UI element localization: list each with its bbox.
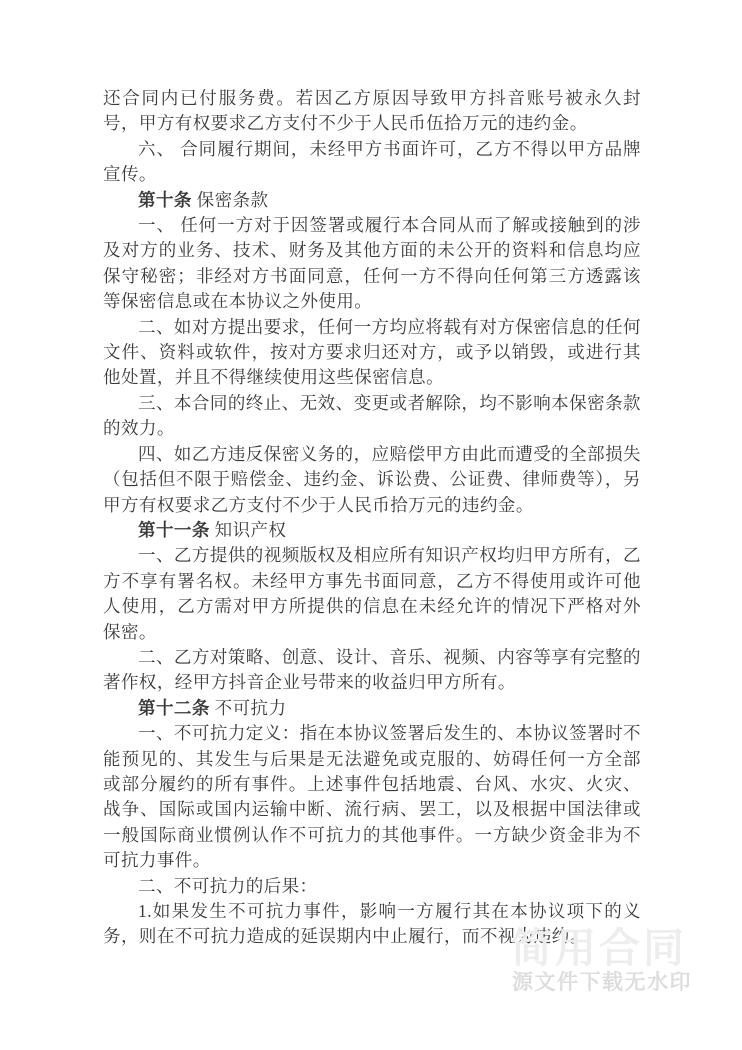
clause-number: 第十一条 xyxy=(138,520,210,540)
clause-heading: 第十二条 不可抗力 xyxy=(103,696,641,721)
paragraph: 二、乙方对策略、创意、设计、音乐、视频、内容等享有完整的著作权，经甲方抖音企业号… xyxy=(103,645,641,696)
paragraph: 四、如乙方违反保密义务的，应赔偿甲方由此而遭受的全部损失（包括但不限于赔偿金、违… xyxy=(103,442,641,518)
contract-page: 还合同内已付服务费。若因乙方原因导致甲方抖音账号被永久封号，甲方有权要求乙方支付… xyxy=(0,0,742,1050)
clause-heading: 第十条 保密条款 xyxy=(103,188,641,213)
clause-heading: 第十一条 知识产权 xyxy=(103,518,641,543)
clause-title: 知识产权 xyxy=(210,520,287,540)
clause-title: 保密条款 xyxy=(192,190,269,210)
paragraph: 一、 任何一方对于因签署或履行本合同从而了解或接触到的涉及对方的业务、技术、财务… xyxy=(103,213,641,315)
paragraph: 一、乙方提供的视频版权及相应所有知识产权均归甲方所有，乙方不享有署名权。未经甲方… xyxy=(103,543,641,645)
clause-title: 不可抗力 xyxy=(210,698,287,718)
paragraph: 二、如对方提出要求，任何一方均应将载有对方保密信息的任何文件、资料或软件，按对方… xyxy=(103,315,641,391)
watermark-tagline: 源文件下载无水印 xyxy=(512,966,692,996)
paragraph: 三、本合同的终止、无效、变更或者解除，均不影响本保密条款的效力。 xyxy=(103,391,641,442)
document-body: 还合同内已付服务费。若因乙方原因导致甲方抖音账号被永久封号，甲方有权要求乙方支付… xyxy=(103,86,641,950)
paragraph: 还合同内已付服务费。若因乙方原因导致甲方抖音账号被永久封号，甲方有权要求乙方支付… xyxy=(103,86,641,137)
paragraph: 一、不可抗力定义：指在本协议签署后发生的、本协议签署时不能预见的、其发生与后果是… xyxy=(103,721,641,873)
paragraph: 二、不可抗力的后果： xyxy=(103,874,641,899)
clause-number: 第十二条 xyxy=(138,698,210,718)
paragraph: 六、 合同履行期间，未经甲方书面许可，乙方不得以甲方品牌宣传。 xyxy=(103,137,641,188)
clause-number: 第十条 xyxy=(138,190,192,210)
